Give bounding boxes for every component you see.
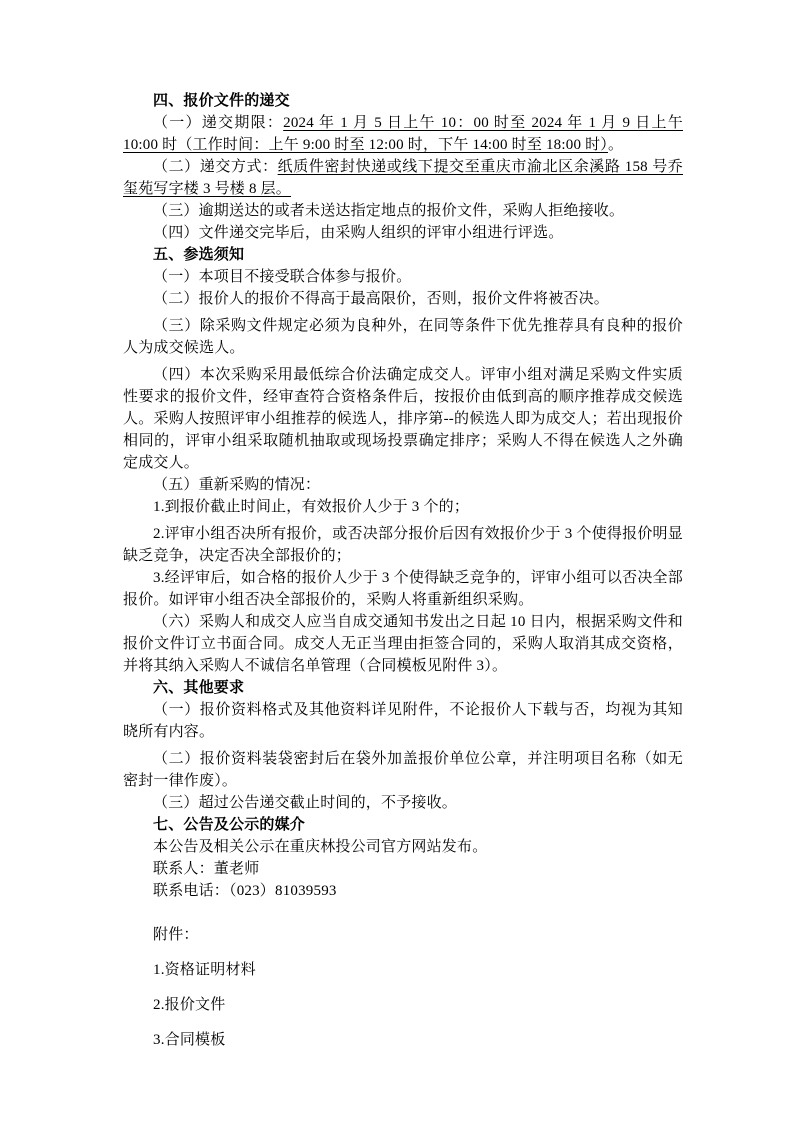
text-run: （一）递交期限： (153, 115, 283, 131)
text-run: 附件： (153, 927, 199, 943)
section-heading: 五、参选须知 (123, 244, 683, 266)
section-heading: 七、公告及公示的媒介 (123, 814, 683, 836)
text-run: 。 (608, 137, 623, 153)
text-run: （一）本项目不接受联合体参与报价。 (153, 269, 411, 285)
text-run: （二）报价人的报价不得高于最高限价，否则，报价文件将被否决。 (153, 291, 609, 307)
text-run: （四）本次采购采用最低综合价法确定成交人。评审小组对满足采购文件实质性要求的报价… (123, 367, 683, 471)
text-run: 1.到报价截止时间止，有效报价人少于 3 个的； (153, 499, 469, 515)
text-run: （二）递交方式： (153, 159, 278, 175)
text-run: （二）报价资料装袋密封后在袋外加盖报价单位公章，并注明项目名称（如无密封一律作废… (123, 751, 683, 789)
paragraph: 2.评审小组否决所有报价，或否决部分报价后因有效报价少于 3 个使得报价明显缺乏… (123, 523, 683, 567)
paragraph: （一）报价资料格式及其他资料详见附件，不论报价人下载与否，均视为其知晓所有内容。 (123, 699, 683, 743)
paragraph: （四）本次采购采用最低综合价法确定成交人。评审小组对满足采购文件实质性要求的报价… (123, 364, 683, 474)
section-heading: 四、报价文件的递交 (123, 90, 683, 112)
text-run: （三）超过公告递交截止时间的，不予接收。 (153, 795, 457, 811)
text-run: （三）除采购文件规定必须为良种外，在同等条件下优先推荐具有良种的报价人为成交候选… (123, 318, 683, 356)
paragraph: 联系人：董老师 (123, 858, 683, 880)
paragraph: （二）报价资料装袋密封后在袋外加盖报价单位公章，并注明项目名称（如无密封一律作废… (123, 748, 683, 792)
text-run: 五、参选须知 (153, 247, 244, 263)
text-run: （一）报价资料格式及其他资料详见附件，不论报价人下载与否，均视为其知晓所有内容。 (123, 702, 683, 740)
text-run: 本公告及相关公示在重庆林投公司官方网站发布。 (153, 839, 487, 855)
paragraph: 1.到报价截止时间止，有效报价人少于 3 个的； (123, 496, 683, 518)
text-run: 2.报价文件 (153, 997, 225, 1013)
document-body: 四、报价文件的递交（一）递交期限：2024 年 1 月 5 日上午 10：00 … (123, 90, 683, 1051)
text-run: 3.经评审后，如合格的报价人少于 3 个使得缺乏竞争的，评审小组可以否决全部报价… (123, 570, 683, 608)
paragraph: （三）逾期送达的或者未送达指定地点的报价文件，采购人拒绝接收。 (123, 200, 683, 222)
paragraph: （二）报价人的报价不得高于最高限价，否则，报价文件将被否决。 (123, 288, 683, 310)
paragraph: （一）递交期限：2024 年 1 月 5 日上午 10：00 时至 2024 年… (123, 112, 683, 156)
paragraph: 附件： (123, 924, 683, 946)
paragraph: 3.经评审后，如合格的报价人少于 3 个使得缺乏竞争的，评审小组可以否决全部报价… (123, 567, 683, 611)
paragraph: （二）递交方式：纸质件密封快递或线下提交至重庆市渝北区余溪路 158 号乔玺苑写… (123, 156, 683, 200)
text-run: 1.资格证明材料 (153, 962, 256, 978)
text-run: 七、公告及公示的媒介 (153, 817, 305, 833)
text-run: （五）重新采购的情况： (153, 477, 320, 493)
paragraph: 本公告及相关公示在重庆林投公司官方网站发布。 (123, 836, 683, 858)
text-run: 2.评审小组否决所有报价，或否决部分报价后因有效报价少于 3 个使得报价明显缺乏… (123, 526, 683, 564)
attachment-item: 3.合同模板 (123, 1029, 683, 1051)
paragraph: （六）采购人和成交人应当自成交通知书发出之日起 10 日内，根据采购文件和报价文… (123, 611, 683, 677)
document-page: 四、报价文件的递交（一）递交期限：2024 年 1 月 5 日上午 10：00 … (0, 0, 800, 1132)
text-run: 六、其他要求 (153, 680, 244, 696)
paragraph: （一）本项目不接受联合体参与报价。 (123, 266, 683, 288)
paragraph: （三）超过公告递交截止时间的，不予接收。 (123, 792, 683, 814)
attachment-item: 2.报价文件 (123, 994, 683, 1016)
paragraph: （三）除采购文件规定必须为良种外，在同等条件下优先推荐具有良种的报价人为成交候选… (123, 315, 683, 359)
text-run: （六）采购人和成交人应当自成交通知书发出之日起 10 日内，根据采购文件和报价文… (123, 614, 683, 674)
paragraph: （五）重新采购的情况： (123, 474, 683, 496)
paragraph: 联系电话：（023）81039593 (123, 880, 683, 902)
attachment-item: 1.资格证明材料 (123, 959, 683, 981)
text-run: （三）逾期送达的或者未送达指定地点的报价文件，采购人拒绝接收。 (153, 203, 624, 219)
text-run: 3.合同模板 (153, 1032, 225, 1048)
section-heading: 六、其他要求 (123, 677, 683, 699)
paragraph: （四）文件递交完毕后，由采购人组织的评审小组进行评选。 (123, 222, 683, 244)
text-run: 四、报价文件的递交 (153, 93, 290, 109)
text-run: 联系电话：（023）81039593 (153, 883, 337, 899)
text-run: 联系人：董老师 (153, 861, 259, 877)
text-run: （四）文件递交完毕后，由采购人组织的评审小组进行评选。 (153, 225, 563, 241)
